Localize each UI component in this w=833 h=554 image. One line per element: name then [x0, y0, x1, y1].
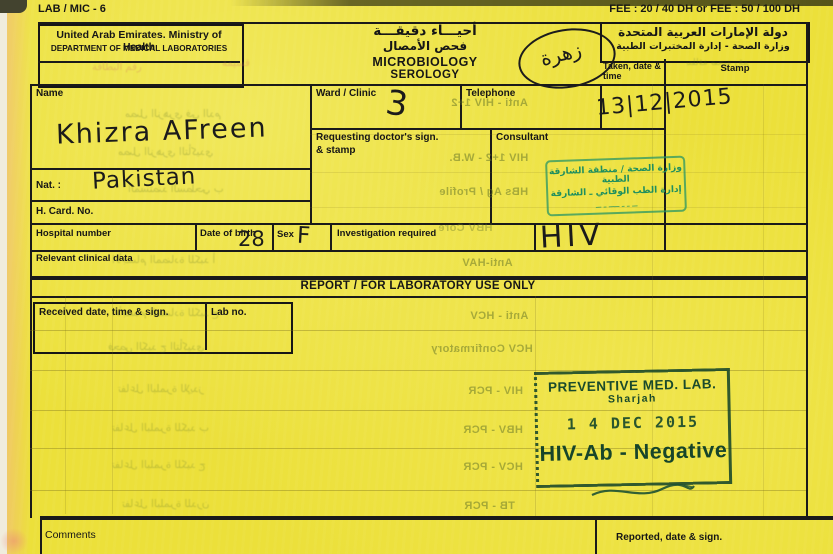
ghost-pencil-mark: رقم البطاقة: [92, 62, 142, 73]
ghost-line: [763, 84, 764, 516]
reported-label: Reported, date & sign.: [616, 532, 722, 543]
grid-line: [195, 223, 197, 250]
grid-line: [30, 84, 32, 518]
ghost-line: [112, 296, 113, 514]
name-label: Name: [36, 88, 63, 99]
sex-value-handwriting: F: [296, 223, 311, 250]
grid-line: [30, 250, 806, 252]
clinic-stamp-signature: ــ ـ ـ ــــ ـ ــ: [548, 197, 684, 213]
scan-corner-blotch: [0, 0, 27, 13]
title-arabic-2: فحص الأمصال: [310, 39, 540, 53]
ward-clinic-label: Ward / Clinic: [316, 88, 376, 99]
title-arabic-1: أحيـــاء دقيقـــة: [310, 23, 540, 39]
ghost-arabic-text: فحص الكبد ج التأكيدي: [108, 341, 204, 353]
ghost-arabic-text: الأجسام المضادة للكبد ج: [112, 307, 219, 319]
clinic-stamp-line1: وزارة الصحة / منطقة الشارقة الطبية: [547, 163, 684, 188]
scan-edge-left-pink: [7, 0, 31, 554]
ghost-test-name: HIV 1+2 - W.B.: [449, 152, 528, 164]
ghost-test-name: HCV Confirmatory: [431, 343, 533, 355]
ghost-arabic-text: الأجسام المضادة للكبد أ: [112, 254, 215, 266]
grid-line: [272, 223, 274, 250]
ghost-test-name: Anti - HCV: [470, 310, 528, 322]
ghost-arabic-text: تفاعل البلمرة للدرن: [122, 498, 209, 510]
ghost-pencil-mark: قسيمة: [222, 58, 250, 69]
ghost-test-name: HBV - PCR: [463, 424, 523, 436]
ghost-line: [30, 330, 806, 331]
department-title-en: DEPARTMENT OF MEDICAL LABORATORIES: [40, 44, 238, 53]
clinic-stamp: وزارة الصحة / منطقة الشارقة الطبية إدارة…: [545, 156, 687, 217]
ghost-test-name: TB - PCR: [464, 500, 515, 512]
ghost-test-name: HCV - PCR: [463, 461, 523, 473]
ghost-test-name: Anti-HAV: [462, 257, 513, 269]
grid-line: [664, 59, 666, 250]
ghost-line: [65, 296, 66, 514]
grid-line: [534, 223, 536, 250]
ghost-arabic-text: تفاعل البلمرة للإيدز: [118, 383, 203, 395]
grid-line: [30, 223, 806, 225]
section-divider-thick: [40, 516, 833, 520]
form-code-label: LAB / MIC - 6: [38, 3, 106, 15]
consultant-label: Consultant: [496, 132, 548, 143]
lab-stamp-signature-squiggle: [588, 479, 700, 505]
ward-value-handwriting: 3: [383, 83, 411, 126]
ghost-arabic-text: بطاقة صحية رقم: [686, 58, 749, 68]
lab-stamp-result: HIV-Ab - Negative: [538, 438, 728, 467]
ghost-arabic-text: تفاعل البلمرة للكبد ج: [112, 459, 206, 471]
ministry-title-ar-2: وزارة الصحة - إدارة المختبرات الطبية: [602, 41, 804, 52]
grid-line: [806, 22, 808, 518]
scan-smudge-bottom-left: [0, 528, 28, 554]
grid-line: [330, 223, 332, 250]
report-banner: REPORT / FOR LABORATORY USE ONLY: [30, 280, 806, 292]
grid-line: [30, 200, 312, 202]
comments-label: Comments: [45, 529, 96, 541]
hospital-number-label: Hospital number: [36, 228, 111, 239]
grid-line: [595, 520, 597, 554]
grid-line: [310, 84, 312, 223]
dob-value-handwriting: 28: [238, 227, 265, 251]
lab-result-stamp: PREVENTIVE MED. LAB. Sharjah 1 4 DEC 201…: [534, 368, 732, 488]
scanned-lab-form: LAB / MIC - 6 FEE : 20 / 40 DH or FEE : …: [0, 0, 833, 554]
requesting-doctor-label: Requesting doctor's sign. & stamp: [316, 132, 448, 157]
grid-line: [30, 296, 806, 298]
ghost-test-name: HIV - PCR: [468, 385, 523, 397]
sex-label: Sex: [277, 229, 294, 240]
fee-note-label: FEE : 20 / 40 DH or FEE : 50 / 100 DH: [609, 3, 800, 15]
title-microbiology: MICROBIOLOGY: [310, 55, 540, 69]
health-card-label: H. Card. No.: [36, 206, 93, 217]
ghost-arabic-text: مصل الزهري التأكيدي: [118, 146, 213, 158]
investigation-value-handwriting: HIV: [539, 217, 605, 255]
grid-line: [30, 84, 806, 86]
ghost-test-name: Anti - HIV 1+2: [451, 97, 528, 109]
ghost-arabic-text: مصل الزهري في الدم: [125, 108, 221, 120]
title-serology: SEROLOGY: [310, 69, 540, 81]
scan-edge-left-white: [0, 0, 7, 554]
ghost-arabic-text: المستضد السطحي ب: [128, 183, 224, 195]
grid-line: [310, 128, 666, 130]
ghost-test-name: HBs Ag / Profile: [439, 186, 528, 198]
ghost-test-name: HBV Core: [438, 222, 493, 234]
lab-stamp-date: 1 4 DEC 2015: [538, 412, 728, 434]
taken-date-label: Taken, date & time: [603, 61, 661, 82]
grid-line: [40, 516, 42, 554]
ghost-arabic-text: تفاعل البلمرة للكبد ب: [112, 422, 209, 434]
ministry-title-ar-1: دولة الإمارات العربية المتحدة: [602, 25, 804, 39]
grid-line: [490, 128, 492, 223]
nationality-label: Nat. :: [36, 180, 61, 191]
investigation-label: Investigation required: [337, 228, 436, 239]
